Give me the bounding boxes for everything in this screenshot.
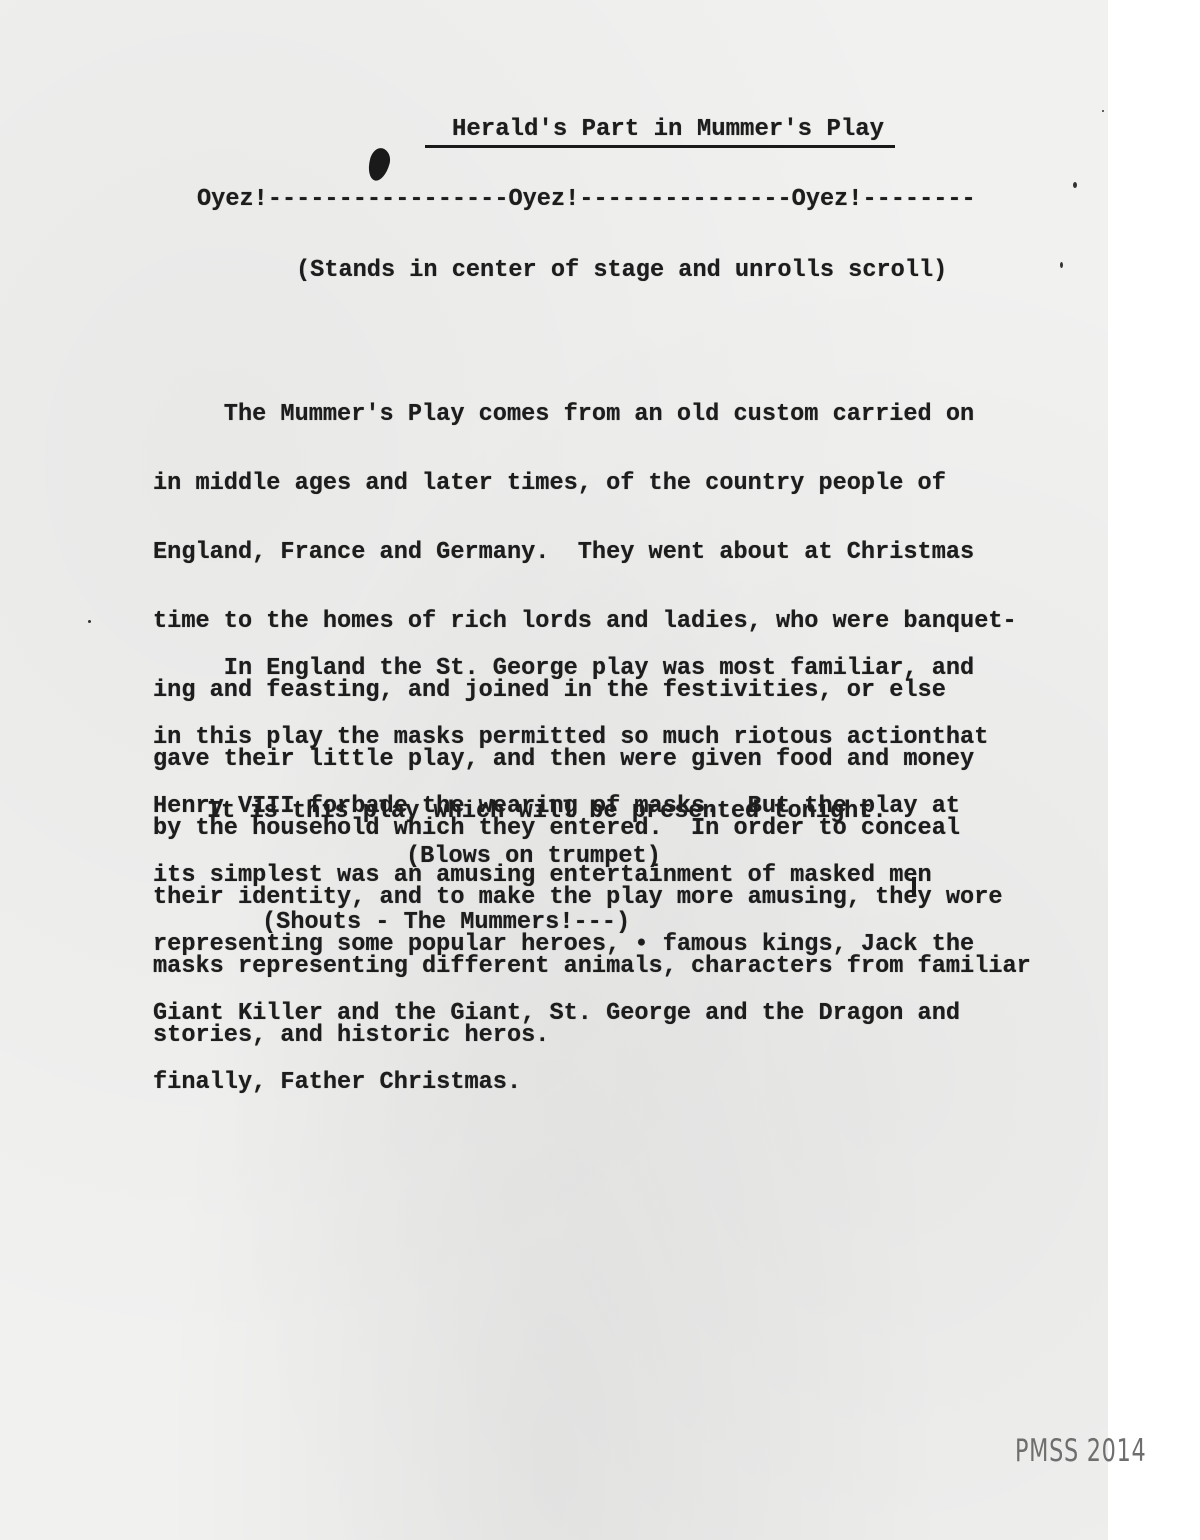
- paragraph-st-george: In England the St. George play was most …: [153, 611, 988, 1140]
- paper-speck: [1060, 262, 1063, 268]
- stage-direction-open: (Stands in center of stage and unrolls s…: [296, 259, 947, 282]
- stage-direction-trumpet: (Blows on trumpet): [406, 845, 661, 868]
- paragraph-line: England, France and Germany. They went a…: [153, 541, 1031, 564]
- oyez-line: Oyez!-----------------Oyez!-------------…: [197, 188, 976, 211]
- paragraph-line: in middle ages and later times, of the c…: [153, 472, 1031, 495]
- paragraph-line: The Mummer's Play comes from an old cust…: [153, 403, 1031, 426]
- title-underline: [425, 145, 895, 148]
- paper-speck: [1073, 182, 1077, 188]
- ink-blot: [365, 146, 393, 183]
- closing-line: It is this play which will be presented …: [207, 800, 887, 823]
- typewritten-page: Herald's Part in Mummer's Play Oyez!----…: [0, 0, 1108, 1540]
- paper-speck: [1102, 110, 1104, 112]
- paragraph-line: in this play the masks permitted so much…: [153, 726, 988, 749]
- ink-mark: [912, 877, 916, 895]
- paragraph-line: In England the St. George play was most …: [153, 657, 988, 680]
- paragraph-line: Giant Killer and the Giant, St. George a…: [153, 1002, 988, 1025]
- paragraph-line: representing some popular heroes, • famo…: [153, 933, 988, 956]
- paper-speck: [88, 620, 91, 623]
- watermark: PMSS 2014: [1015, 1433, 1146, 1469]
- paragraph-line: finally, Father Christmas.: [153, 1071, 988, 1094]
- stage-direction-shout: (Shouts - The Mummers!---): [262, 911, 630, 934]
- document-title: Herald's Part in Mummer's Play: [452, 118, 884, 141]
